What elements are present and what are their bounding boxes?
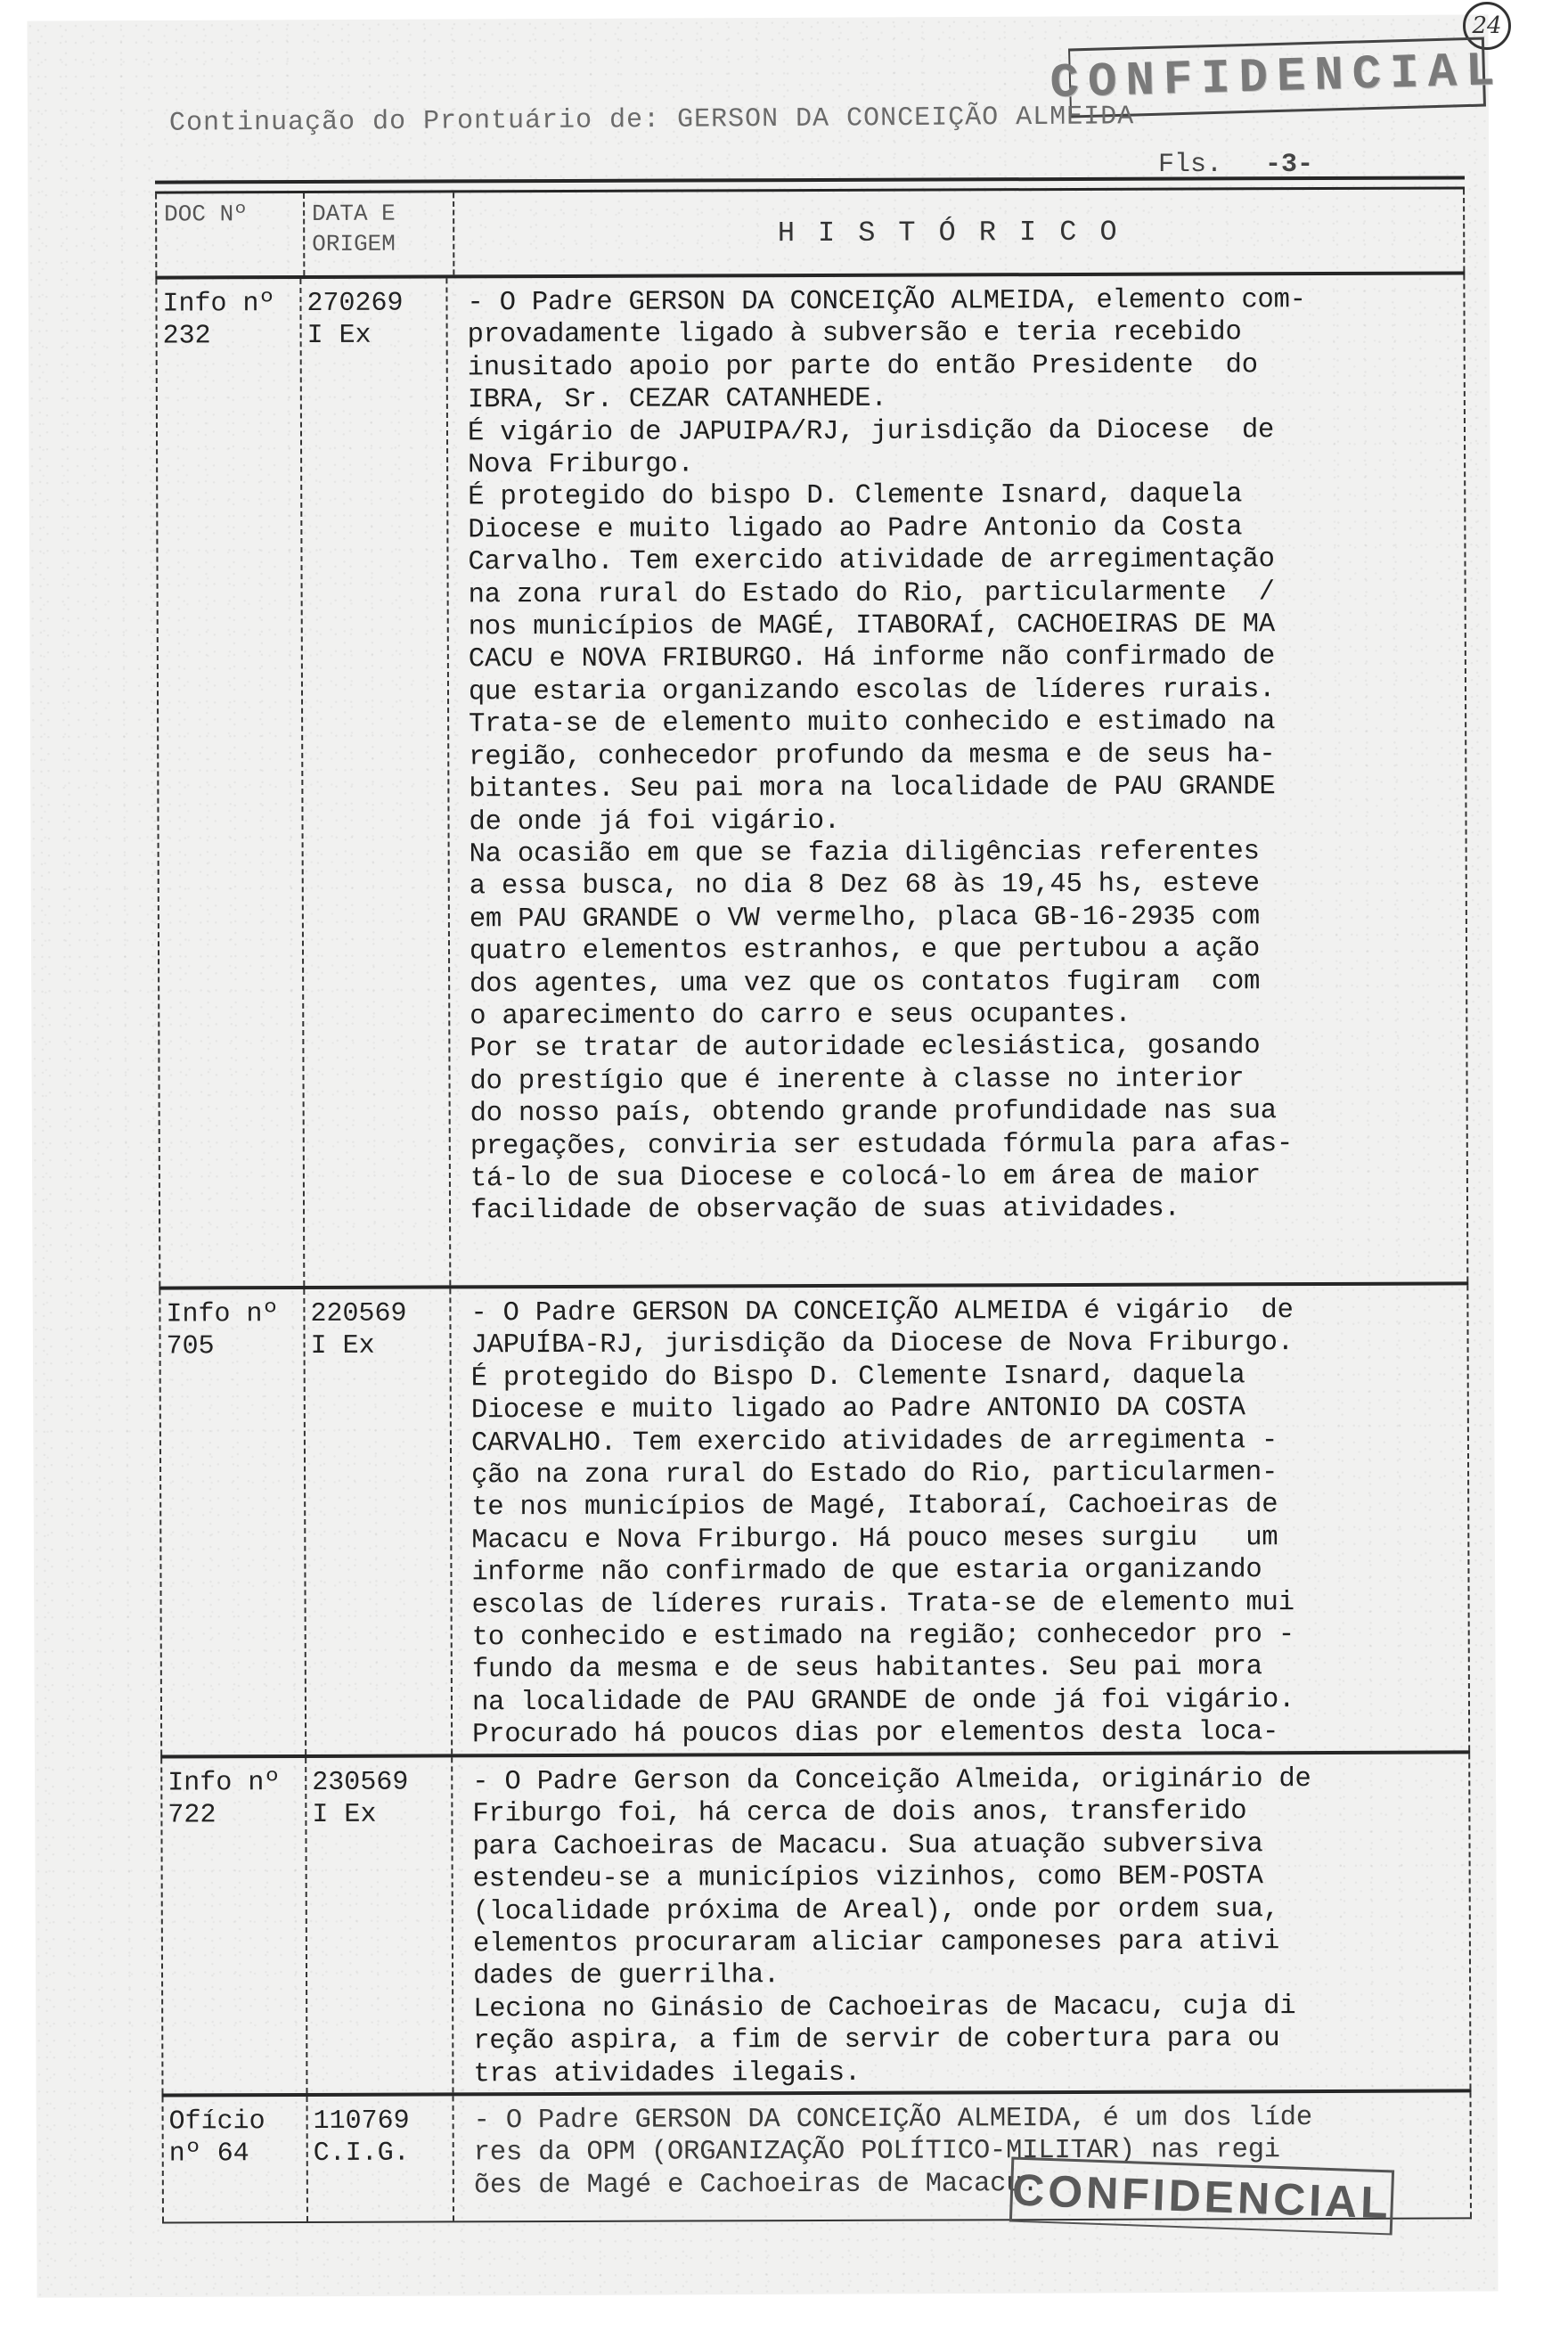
date-origin-cell: 110769 C.I.G. [308, 2096, 454, 2221]
header-doc-number: DOC Nº [155, 193, 305, 276]
folio-number: -3- [1265, 150, 1313, 180]
table-row: Info nº 722 230569 I Ex - O Padre Gerson… [160, 1754, 1471, 2097]
date-origin-cell: 270269 I Ex [301, 278, 451, 1286]
table-header: DOC Nº DATA E ORIGEM HISTÓRICO [155, 186, 1465, 279]
table-row: Info nº 232 270269 I Ex - O Padre GERSON… [155, 274, 1468, 1289]
header-history: HISTÓRICO [454, 189, 1465, 274]
history-table: DOC Nº DATA E ORIGEM HISTÓRICO Info nº 2… [155, 176, 1472, 2223]
date-origin-cell: 230569 I Ex [306, 1757, 453, 2093]
history-cell: - O Padre GERSON DA CONCEIÇÃO ALMEIDA, e… [447, 274, 1468, 1285]
folio-label: Fls. [1158, 150, 1222, 180]
doc-number-cell: Info nº 705 [159, 1289, 306, 1755]
doc-number-cell: Info nº 722 [160, 1758, 307, 2094]
table-row: Info nº 705 220569 I Ex - O Padre GERSON… [159, 1285, 1470, 1758]
header-label: Continuação do Prontuário de: [169, 105, 660, 139]
history-cell: - O Padre Gerson da Conceição Almeida, o… [453, 1754, 1471, 2092]
date-origin-cell: 220569 I Ex [305, 1288, 453, 1754]
header-date-origin: DATA E ORIGEM [305, 192, 454, 275]
confidential-stamp-bottom: CONFIDENCIAL [1009, 2157, 1394, 2236]
history-cell: - O Padre GERSON DA CONCEIÇÃO ALMEIDA é … [451, 1285, 1470, 1754]
doc-number-cell: Ofício nº 64 [162, 2097, 308, 2222]
subject-name: GERSON DA CONCEIÇÃO ALMEIDA [677, 102, 1134, 135]
folio: Fls. -3- [1158, 150, 1313, 180]
doc-number-cell: Info nº 232 [155, 279, 305, 1287]
